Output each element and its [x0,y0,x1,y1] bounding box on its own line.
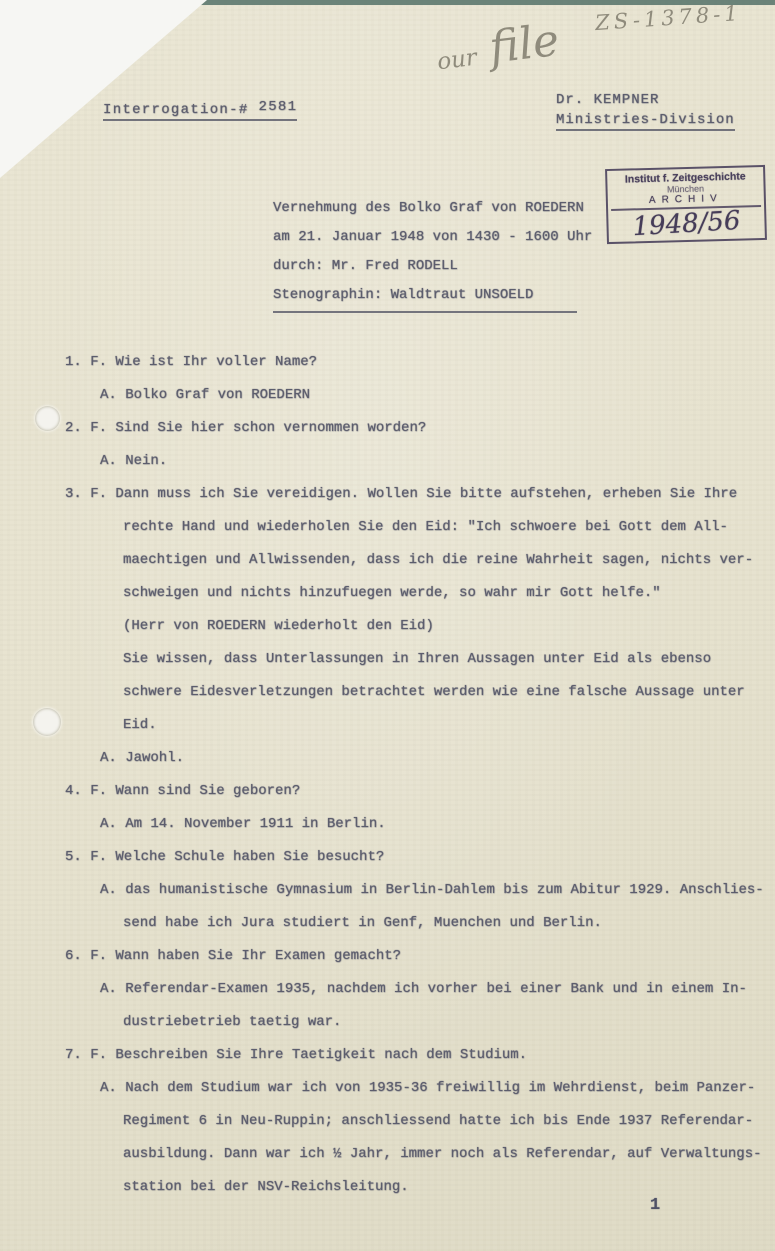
qa-body: 1. F. Wie ist Ihr voller Name? A. Bolko … [65,346,764,1204]
transcript-line: A. Referendar-Examen 1935, nachdem ich v… [65,973,764,1006]
document-scan: { "annotations": { "archive_signature": … [0,0,775,1251]
transcript-line: 7. F. Beschreiben Sie Ihre Taetigkeit na… [65,1039,764,1072]
transcript-line: schwere Eidesverletzungen betrachtet wer… [65,676,764,709]
transcript-line: Eid. [65,709,764,742]
file-note-word: file [487,15,562,74]
interrogation-underline: Interrogation-#2581 [103,102,297,121]
archive-stamp: Institut f. Zeitgeschichte München ARCHI… [605,165,767,244]
folded-corner [0,0,215,185]
transcript-line: (Herr von ROEDERN wiederholt den Eid) [65,610,764,643]
title-block: Vernehmung des Bolko Graf von ROEDERN am… [273,194,592,313]
transcript-line: Regiment 6 in Neu-Ruppin; anschliessend … [65,1105,764,1138]
handwritten-archive-signature: ZS-1378-1 [594,1,742,35]
transcript-line: Sie wissen, dass Unterlassungen in Ihren… [65,643,764,676]
transcript-line: 2. F. Sind Sie hier schon vernommen word… [65,412,764,445]
interrogator-name: Dr. KEMPNER [556,90,735,110]
transcript-line: maechtigen und Allwissenden, dass ich di… [65,544,764,577]
title-line-interrogator: durch: Mr. Fred RODELL [273,252,592,281]
transcript-line: 6. F. Wann haben Sie Ihr Examen gemacht? [65,940,764,973]
transcript-line: A. Bolko Graf von ROEDERN [65,379,764,412]
transcript-line: send habe ich Jura studiert in Genf, Mue… [65,907,764,940]
interrogation-label: Interrogation-# [103,102,249,118]
transcript-line: A. das humanistische Gymnasium in Berlin… [65,874,764,907]
file-note-word: our [436,45,479,76]
transcript-line: A. Nach dem Studium war ich von 1935-36 … [65,1072,764,1105]
transcript-line: 5. F. Welche Schule haben Sie besucht? [65,841,764,874]
transcript-line: A. Jawohl. [65,742,764,775]
interrogator-block: Dr. KEMPNER Ministries-Division [556,90,735,130]
title-line-date: am 21. Januar 1948 von 1430 - 1600 Uhr [273,223,592,252]
page-number: 1 [650,1196,661,1215]
transcript-line: A. Nein. [65,445,764,478]
hole-punch-bottom [33,708,61,736]
title-line-stenographer: Stenographin: Waldtraut UNSOELD [273,281,577,313]
transcript-line: ausbildung. Dann war ich ½ Jahr, immer n… [65,1138,764,1171]
interrogator-division: Ministries-Division [556,112,735,131]
transcript-line: schweigen und nichts hinzufuegen werde, … [65,577,764,610]
transcript-line: rechte Hand und wiederholen Sie den Eid:… [65,511,764,544]
interrogation-header: Interrogation-#2581 [103,102,297,118]
hole-punch-top [35,406,60,431]
transcript-line: 3. F. Dann muss ich Sie vereidigen. Woll… [65,478,764,511]
title-line-subject: Vernehmung des Bolko Graf von ROEDERN [273,194,592,223]
interrogation-number: 2581 [259,99,298,115]
transcript-line: A. Am 14. November 1911 in Berlin. [65,808,764,841]
handwritten-file-note: ourfile [433,15,561,81]
transcript-line: 4. F. Wann sind Sie geboren? [65,775,764,808]
transcript-line: 1. F. Wie ist Ihr voller Name? [65,346,764,379]
transcript-line: dustriebetrieb taetig war. [65,1006,764,1039]
